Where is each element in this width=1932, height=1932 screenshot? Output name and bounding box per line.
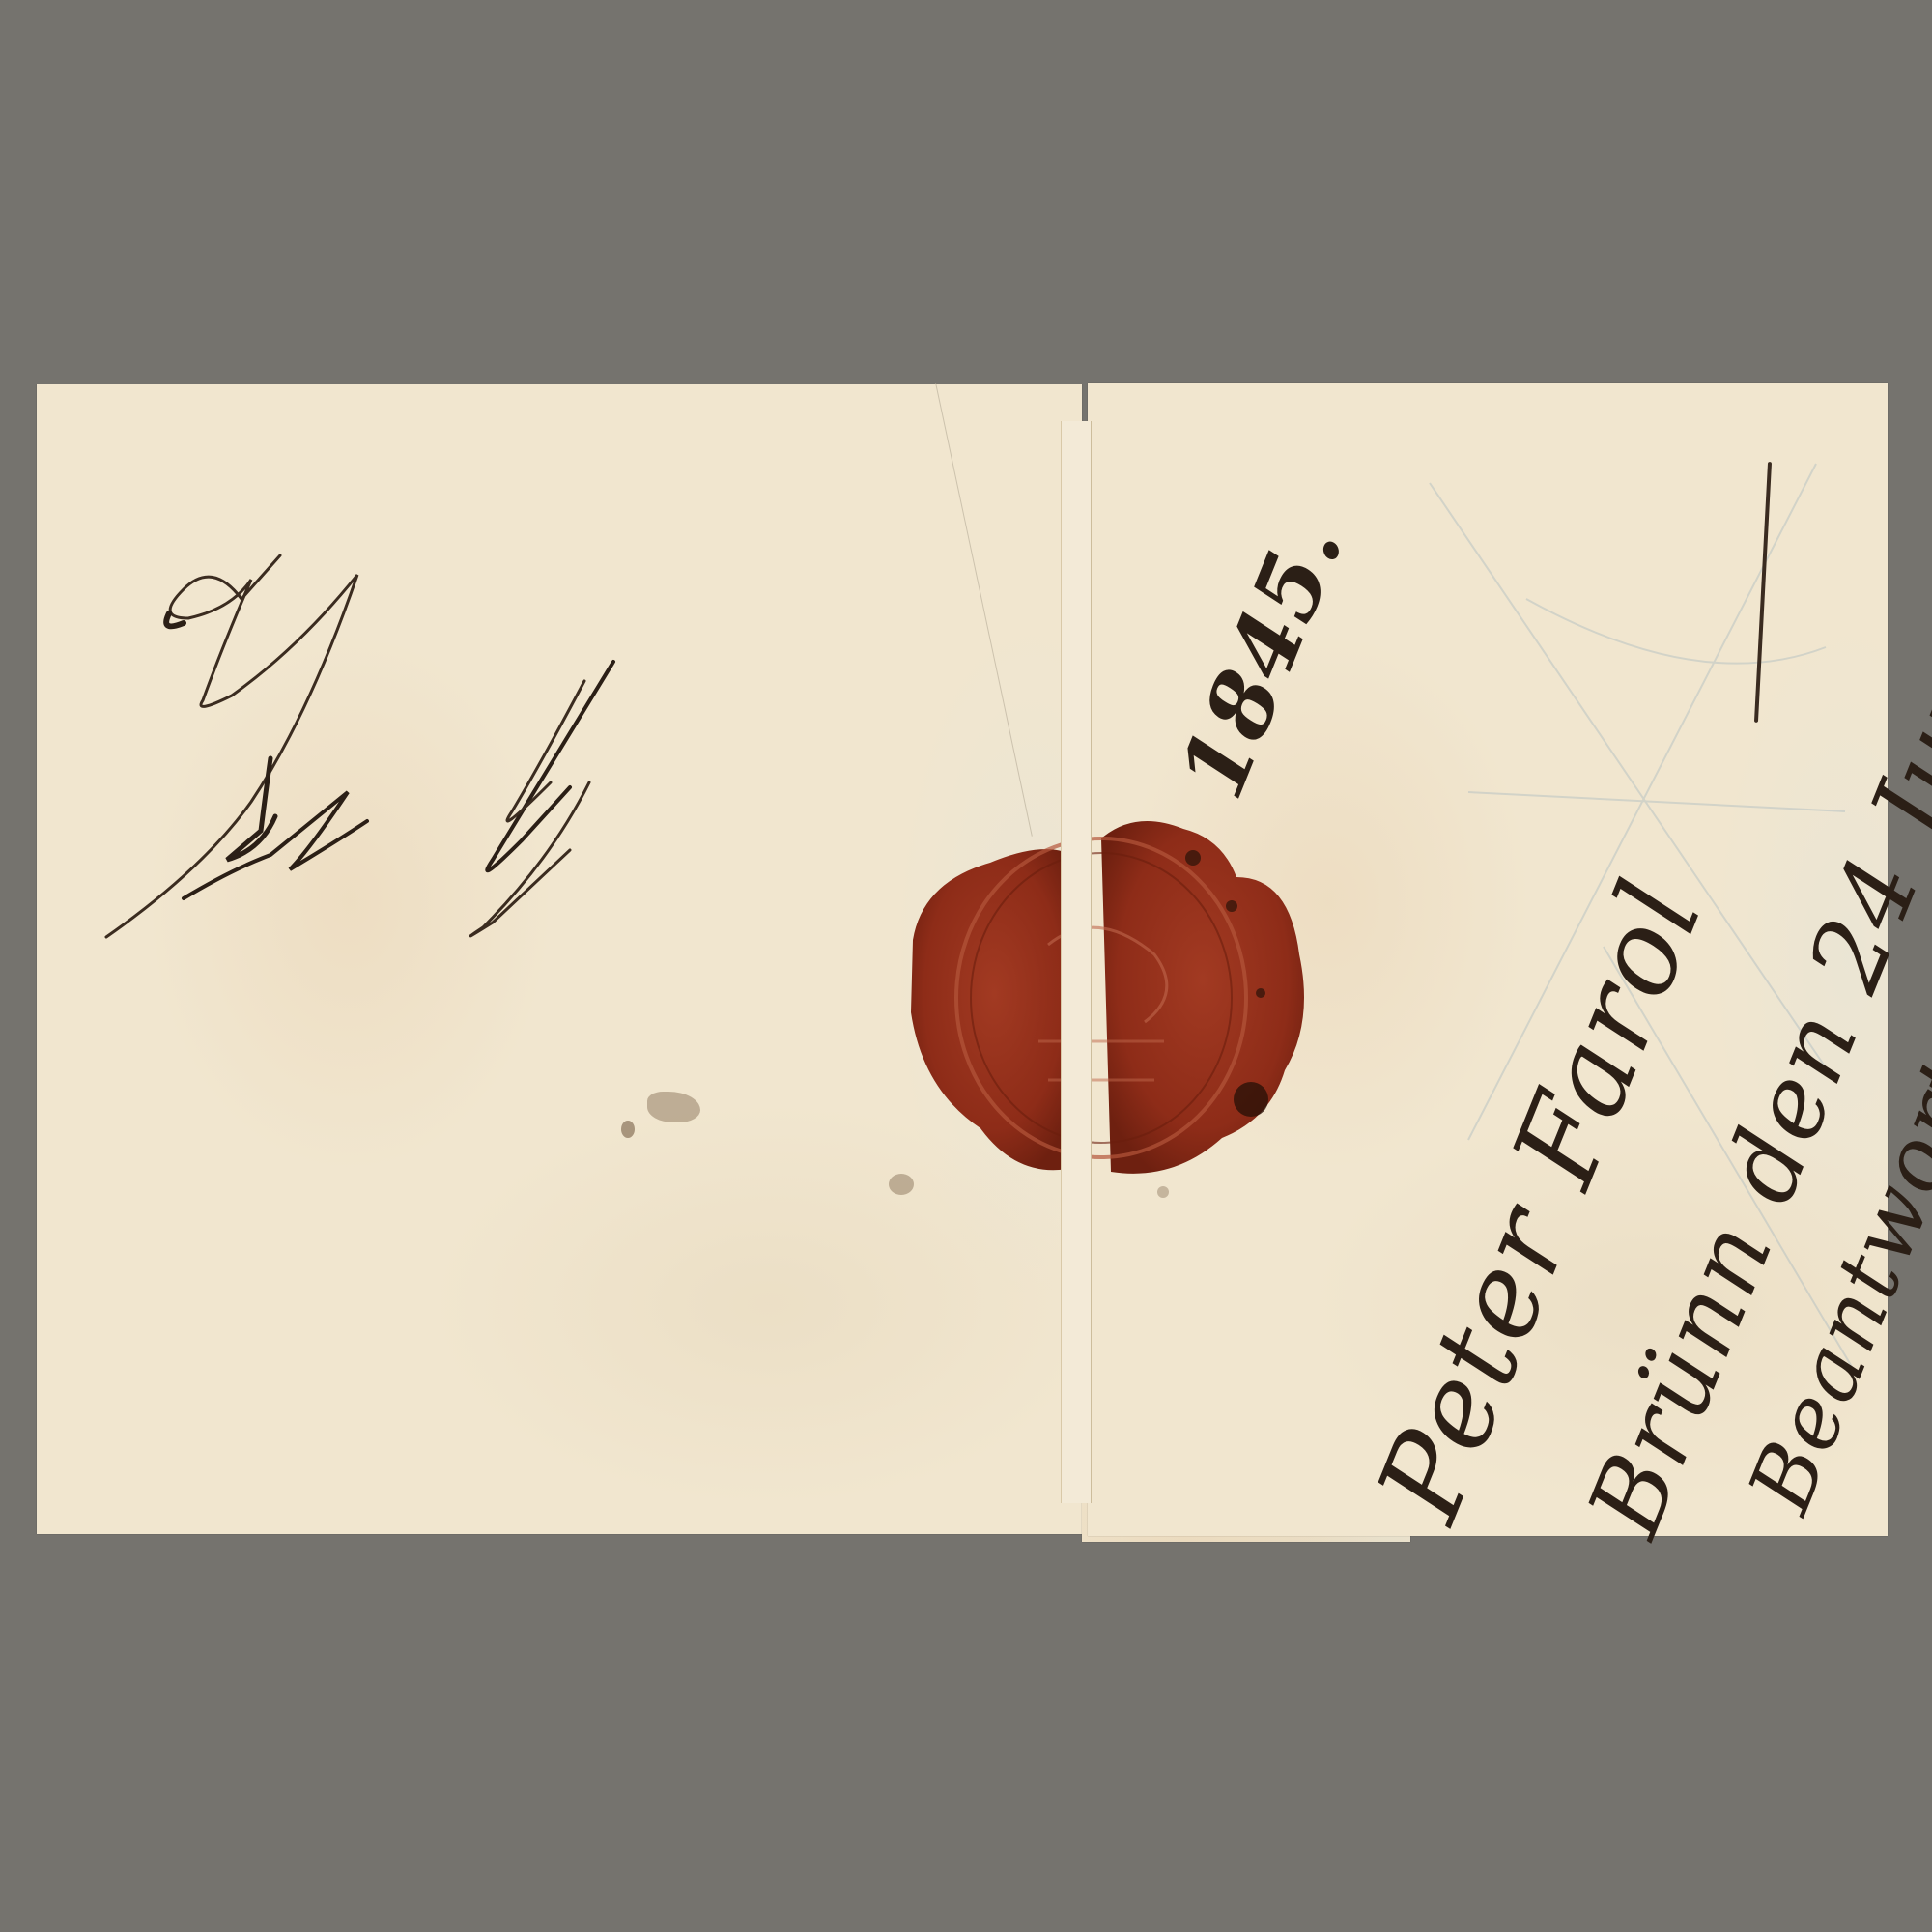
wax-seal	[903, 800, 1314, 1184]
manuscript-rate-marks	[87, 541, 705, 985]
fold-gap-over-seal	[1061, 800, 1092, 1186]
ink-stain	[621, 1121, 635, 1138]
ink-stain	[889, 1174, 914, 1195]
ink-stain	[1157, 1186, 1169, 1198]
